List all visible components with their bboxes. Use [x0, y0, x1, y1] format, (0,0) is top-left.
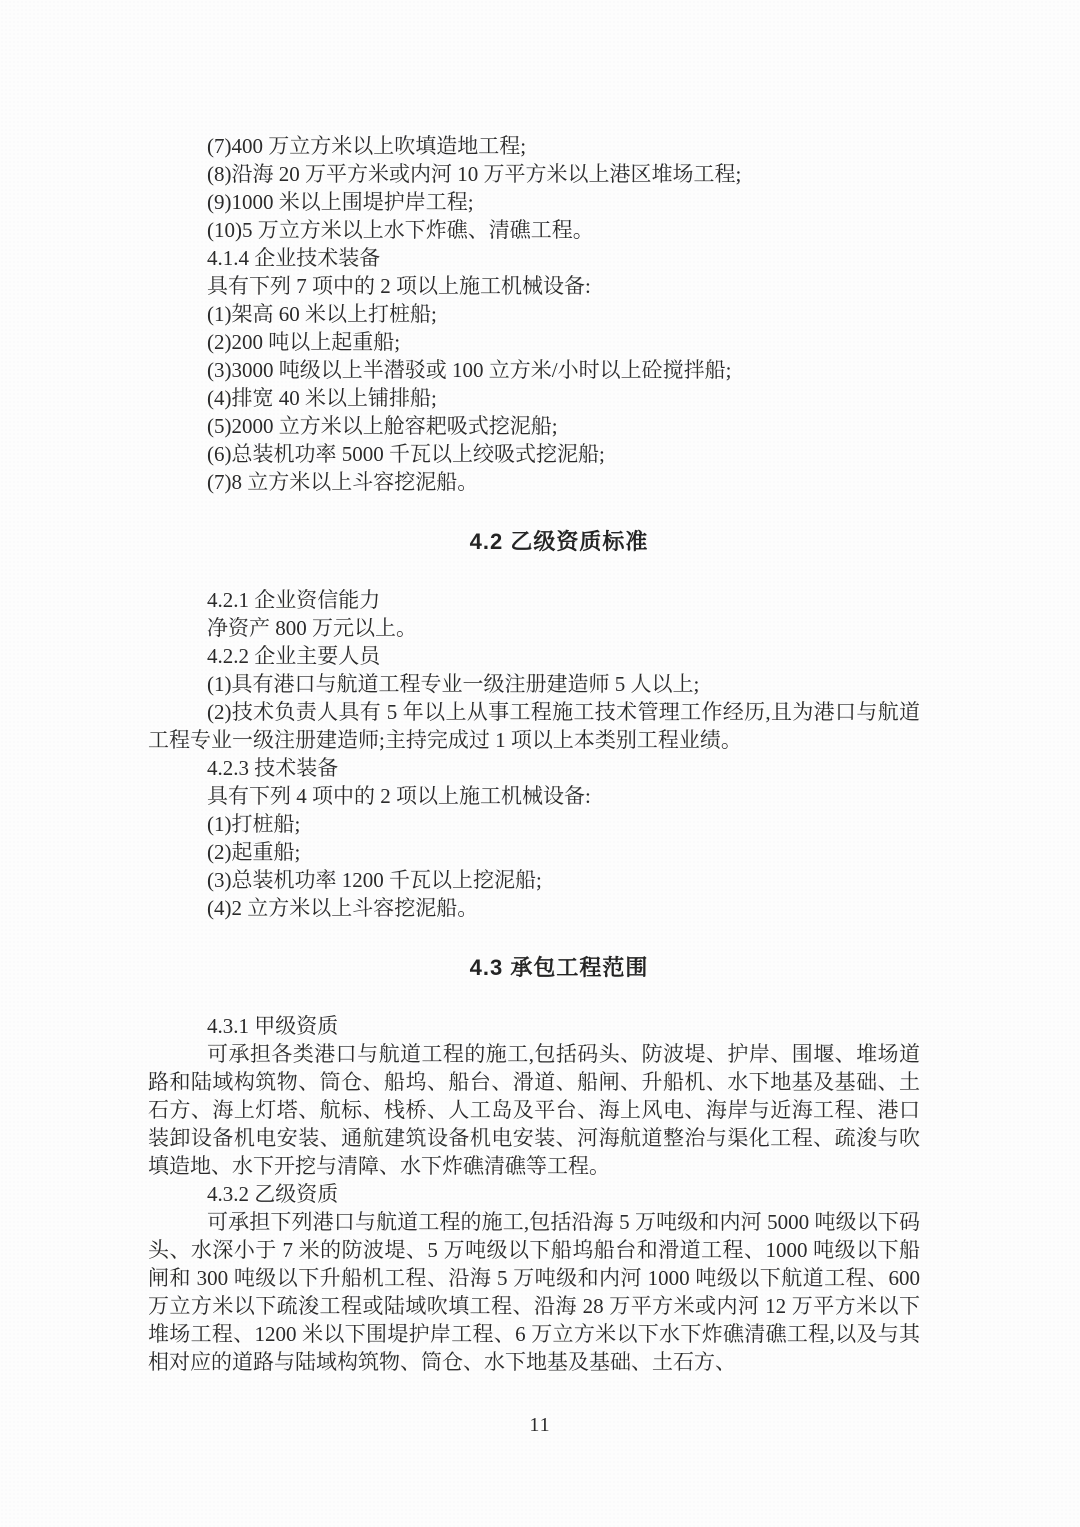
clause-heading-4-3-1: 4.3.1 甲级资质 — [148, 1012, 920, 1040]
list-item: (6)总装机功率 5000 千瓦以上绞吸式挖泥船; — [148, 440, 920, 468]
list-item: (9)1000 米以上围堤护岸工程; — [148, 188, 920, 216]
document-body: (7)400 万立方米以上吹填造地工程; (8)沿海 20 万平方米或内河 10… — [148, 132, 920, 1376]
list-item: (5)2000 立方米以上舱容耙吸式挖泥船; — [148, 412, 920, 440]
clause-heading-4-2-3: 4.2.3 技术装备 — [148, 754, 920, 782]
list-item: (1)架高 60 米以上打桩船; — [148, 300, 920, 328]
clause-heading-4-3-2: 4.3.2 乙级资质 — [148, 1180, 920, 1208]
clause-intro: 具有下列 7 项中的 2 项以上施工机械设备: — [148, 272, 920, 300]
list-item: (3)总装机功率 1200 千瓦以上挖泥船; — [148, 866, 920, 894]
list-item: (4)排宽 40 米以上铺排船; — [148, 384, 920, 412]
page-number: 11 — [0, 1411, 1080, 1439]
list-item: (1)具有港口与航道工程专业一级注册建造师 5 人以上; — [148, 670, 920, 698]
list-item: (2)起重船; — [148, 838, 920, 866]
list-item: (7)8 立方米以上斗容挖泥船。 — [148, 468, 920, 496]
section-title-4-2: 4.2 乙级资质标准 — [173, 528, 945, 556]
list-item: (4)2 立方米以上斗容挖泥船。 — [148, 894, 920, 922]
list-item: (8)沿海 20 万平方米或内河 10 万平方米以上港区堆场工程; — [148, 160, 920, 188]
list-item: (10)5 万立方米以上水下炸礁、清礁工程。 — [148, 216, 920, 244]
clause-heading-4-1-4: 4.1.4 企业技术装备 — [148, 244, 920, 272]
section-title-4-3: 4.3 承包工程范围 — [173, 954, 945, 982]
clause-text: 净资产 800 万元以上。 — [148, 614, 920, 642]
list-item: (2)200 吨以上起重船; — [148, 328, 920, 356]
list-item: (3)3000 吨级以上半潜驳或 100 立方米/小时以上砼搅拌船; — [148, 356, 920, 384]
clause-heading-4-2-1: 4.2.1 企业资信能力 — [148, 586, 920, 614]
clause-heading-4-2-2: 4.2.2 企业主要人员 — [148, 642, 920, 670]
list-item: (7)400 万立方米以上吹填造地工程; — [148, 132, 920, 160]
list-item-paragraph: (2)技术负责人具有 5 年以上从事工程施工技术管理工作经历,且为港口与航道工程… — [148, 698, 920, 754]
paragraph: 可承担下列港口与航道工程的施工,包括沿海 5 万吨级和内河 5000 吨级以下码… — [148, 1208, 920, 1376]
clause-intro: 具有下列 4 项中的 2 项以上施工机械设备: — [148, 782, 920, 810]
list-item: (1)打桩船; — [148, 810, 920, 838]
paragraph: 可承担各类港口与航道工程的施工,包括码头、防波堤、护岸、围堰、堆场道路和陆域构筑… — [148, 1040, 920, 1180]
document-page: (7)400 万立方米以上吹填造地工程; (8)沿海 20 万平方米或内河 10… — [0, 0, 1080, 1527]
